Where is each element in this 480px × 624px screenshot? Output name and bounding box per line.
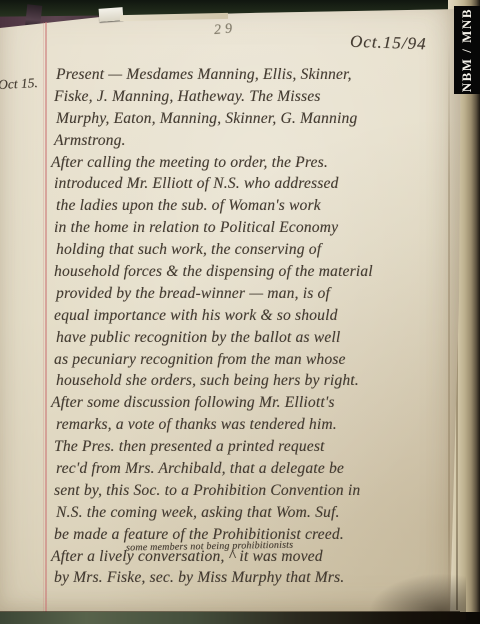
archive-label: NBM / MNB [454, 6, 480, 94]
red-margin-line-echo [43, 22, 44, 612]
manuscript-line: as pecuniary recognition from the man wh… [54, 349, 460, 371]
manuscript-line: N.S. the coming week, asking that Wom. S… [56, 502, 460, 524]
manuscript-line: Present — Mesdames Manning, Ellis, Skinn… [56, 64, 460, 86]
manuscript-line: Armstrong. [54, 130, 460, 152]
manuscript-line: provided by the bread-winner — man, is o… [56, 283, 460, 305]
archive-label-text: NBM / MNB [459, 8, 475, 92]
manuscript-text: Present — Mesdames Manning, Ellis, Skinn… [54, 64, 460, 589]
page-number: 29 [213, 21, 236, 39]
date-header: Oct.15/94 [350, 32, 427, 55]
manuscript-line: in the home in relation to Political Eco… [54, 217, 460, 239]
manuscript-line: After calling the meeting to order, the … [51, 152, 460, 174]
manuscript-line: sent by, this Soc. to a Prohibition Conv… [54, 480, 460, 502]
manuscript-line: equal importance with his work & so shou… [54, 305, 460, 327]
manuscript-line: the ladies upon the sub. of Woman's work [56, 195, 460, 217]
manuscript-line: rec'd from Mrs. Archibald, that a delega… [56, 458, 460, 480]
margin-note: Oct 15. [0, 75, 38, 93]
manuscript-line: The Pres. then presented a printed reque… [54, 436, 460, 458]
red-margin-line [45, 22, 47, 612]
manuscript-line: remarks, a vote of thanks was tendered h… [56, 414, 460, 436]
manuscript-line: Fiske, J. Manning, Hatheway. The Misses [54, 86, 460, 108]
archival-photo: 29 Oct.15/94 Oct 15. Present — Mesdames … [0, 0, 480, 624]
manuscript-line: introduced Mr. Elliott of N.S. who addre… [54, 173, 460, 195]
manuscript-line: household she orders, such being hers by… [56, 370, 460, 392]
manuscript-line: household forces & the dispensing of the… [54, 261, 460, 283]
corner-shadow [366, 572, 466, 620]
manuscript-line: have public recognition by the ballot as… [56, 327, 460, 349]
manuscript-line: holding that such work, the conserving o… [56, 239, 460, 261]
manuscript-line: Murphy, Eaton, Manning, Skinner, G. Mann… [56, 108, 460, 130]
manuscript-line: After some discussion following Mr. Elli… [51, 392, 460, 414]
